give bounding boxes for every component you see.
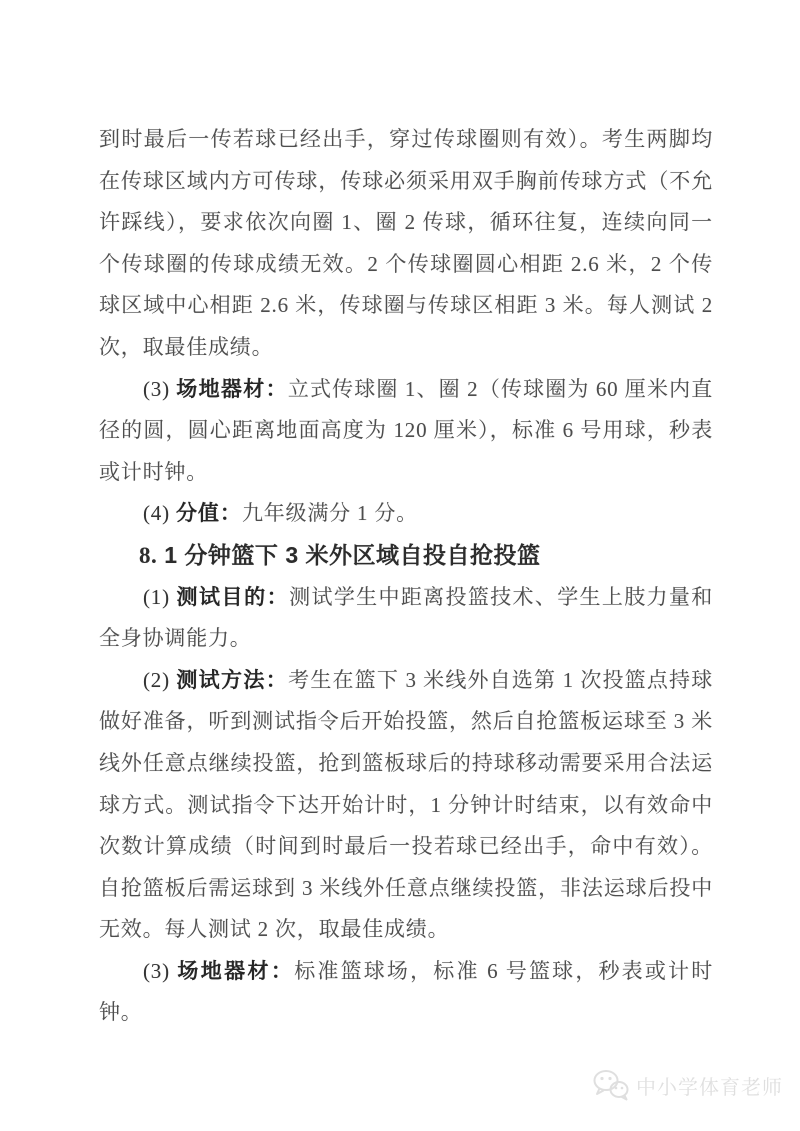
paragraph: (1) 测试目的：测试学生中距离投篮技术、学生上肢力量和全身协调能力。 bbox=[99, 577, 713, 660]
paragraph-label: 场地器材： bbox=[177, 960, 294, 983]
paragraph: (2) 测试方法：考生在篮下 3 米线外自选第 1 次投篮点持球做好准备，听到测… bbox=[99, 660, 713, 951]
watermark-text: 中小学体育老师 bbox=[636, 1071, 783, 1100]
heading-number: 8. bbox=[139, 543, 157, 568]
paragraph-label: 测试目的： bbox=[176, 586, 289, 609]
paragraph-label: 分值： bbox=[176, 502, 242, 525]
document-page: 到时最后一传若球已经出手，穿过传球圈则有效）。考生两脚均在传球区域内方可传球，传… bbox=[0, 0, 800, 1131]
wechat-icon bbox=[592, 1068, 630, 1102]
paragraph: (3) 场地器材：立式传球圈 1、圈 2（传球圈为 60 厘米内直径的圆，圆心距… bbox=[99, 369, 713, 494]
paragraph-number: (4) bbox=[143, 501, 176, 525]
paragraph: 到时最后一传若球已经出手，穿过传球圈则有效）。考生两脚均在传球区域内方可传球，传… bbox=[99, 119, 713, 369]
paragraph: (3) 场地器材：标准篮球场，标准 6 号篮球，秒表或计时钟。 bbox=[99, 951, 713, 1034]
paragraph-number: (3) bbox=[143, 377, 176, 401]
paragraph-number: (3) bbox=[143, 959, 177, 983]
paragraph: (4) 分值：九年级满分 1 分。 bbox=[99, 493, 713, 535]
paragraph-label: 测试方法： bbox=[176, 669, 288, 692]
paragraph-number: (1) bbox=[143, 585, 176, 609]
watermark: 中小学体育老师 bbox=[592, 1068, 783, 1102]
section-heading: 8.1 分钟篮下 3 米外区域自投自抢投篮 bbox=[99, 535, 713, 577]
paragraph-number: (2) bbox=[143, 668, 176, 692]
paragraph-label: 场地器材： bbox=[176, 378, 288, 401]
document-body: 到时最后一传若球已经出手，穿过传球圈则有效）。考生两脚均在传球区域内方可传球，传… bbox=[99, 119, 713, 1034]
